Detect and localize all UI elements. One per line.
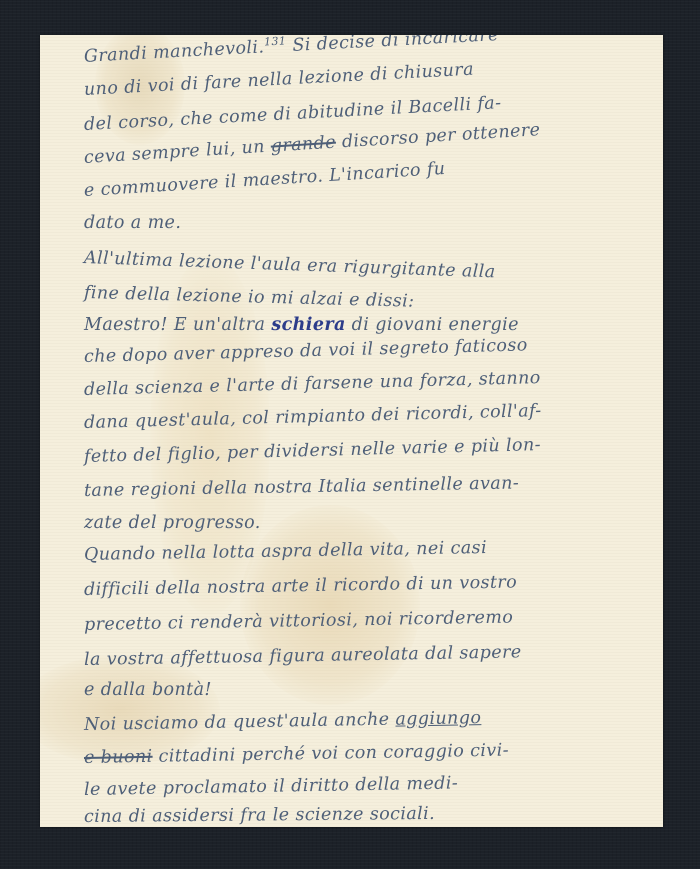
handwritten-line: fine della lezione io mi alzai e dissi:: [84, 283, 415, 312]
handwritten-line: cina di assidersi fra le scienze sociali…: [84, 804, 435, 827]
handwritten-line: e buoni cittadini perché voi con coraggi…: [84, 741, 509, 768]
handwritten-line: difficili della nostra arte il ricordo d…: [84, 572, 517, 600]
water-stain: [240, 505, 420, 705]
handwritten-line: le avete proclamato il diritto della med…: [84, 773, 458, 800]
handwritten-line: All'ultima lezione l'aula era rigurgitan…: [84, 248, 496, 282]
handwritten-line: dato a me.: [84, 213, 181, 233]
footnote-mark: 131: [264, 35, 287, 49]
letter-page: Grandi manchevoli.131 Si decise di incar…: [40, 35, 663, 827]
struck-word: grande: [270, 133, 336, 157]
handwritten-line: uno di voi di fare nella lezione di chiu…: [83, 60, 474, 100]
handwritten-line: Quando nella lotta aspra della vita, nei…: [84, 538, 487, 565]
handwritten-line: della scienza e l'arte di farsene una fo…: [84, 368, 541, 400]
underlined-word: aggiungo: [395, 708, 481, 729]
handwritten-line: e dalla bontà!: [84, 680, 212, 700]
handwritten-line: tane regioni della nostra Italia sentine…: [84, 473, 519, 501]
handwritten-line: che dopo aver appreso da voi il segreto …: [84, 335, 528, 367]
handwritten-line: precetto ci renderà vittoriosi, noi rico…: [84, 608, 514, 635]
handwritten-line: zate del progresso.: [84, 513, 261, 533]
handwritten-line: Noi usciamo da quest'aula anche aggiungo: [84, 708, 482, 735]
handwritten-line: Maestro! E un'altra schiera di giovani e…: [84, 315, 519, 335]
handwritten-line: la vostra affettuosa figura aureolata da…: [84, 642, 522, 670]
struck-word: e buoni: [84, 747, 153, 768]
handwritten-line: fetto del figlio, per dividersi nelle va…: [84, 435, 541, 467]
handwritten-line: dana quest'aula, col rimpianto dei ricor…: [84, 401, 542, 433]
handwritten-line: e commuovere il maestro. L'incarico fu: [83, 159, 446, 201]
inserted-word: schiera: [271, 315, 345, 335]
